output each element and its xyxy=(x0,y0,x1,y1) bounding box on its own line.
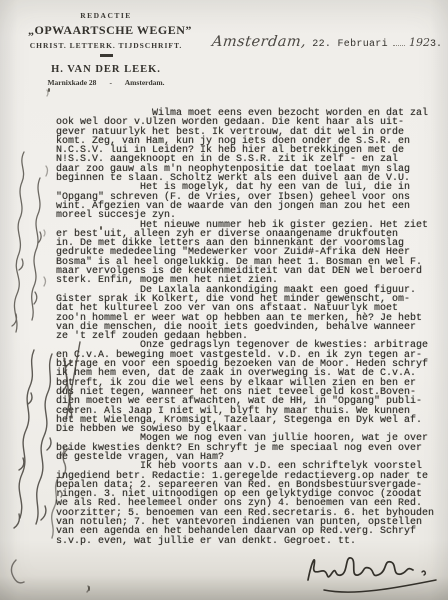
dateline: Amsterdam, 22. Februari 192 3. xyxy=(212,34,442,50)
ink-speck xyxy=(100,226,102,230)
ink-speck xyxy=(48,88,50,92)
letterhead-redactie: REDACTIE xyxy=(28,11,184,20)
letterhead-editor-name: H. VAN DER LEEK. xyxy=(28,64,184,75)
scanned-letter-page: REDACTIE „OPWAARTSCHE WEGEN” CHRIST. LET… xyxy=(0,0,448,600)
dateline-year-typed: 3. xyxy=(430,39,442,50)
handwritten-marginalia-upper xyxy=(0,80,58,342)
letterhead: REDACTIE „OPWAARTSCHE WEGEN” CHRIST. LET… xyxy=(28,11,184,87)
dateline-typed-date: 22. Februari xyxy=(312,39,388,50)
letterhead-subtitle: CHRIST. LETTERK. TIJDSCHRIFT. xyxy=(28,41,184,50)
ink-speck xyxy=(88,586,90,591)
dateline-dotted-rule xyxy=(393,37,405,46)
dateline-year-printed: 192 xyxy=(409,36,430,49)
signature-handwritten xyxy=(296,546,446,598)
letterhead-magazine-title: „OPWAARTSCHE WEGEN” xyxy=(28,23,184,38)
letterhead-address: Marnixkade 28 - Amsterdam. xyxy=(28,78,184,87)
letter-body: Wilma moet eens even bezocht worden en d… xyxy=(56,109,448,546)
letterhead-divider xyxy=(100,54,113,57)
dateline-city-printed: Amsterdam, xyxy=(211,34,307,50)
